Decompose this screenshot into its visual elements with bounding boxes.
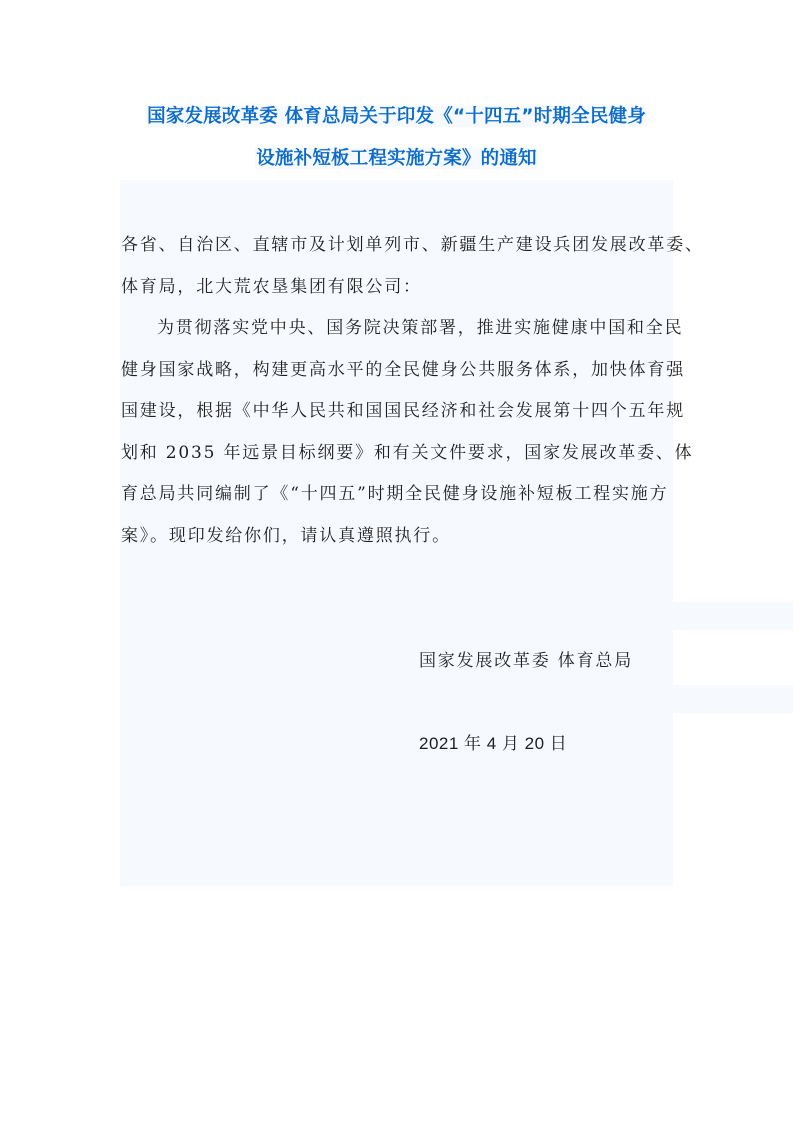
body-paragraph: 为贯彻落实党中央、国务院决策部署，推进实施健康中国和全民 健身国家战略，构建更高…	[121, 308, 673, 557]
text-line: 健身国家战略，构建更高水平的全民健身公共服务体系，加快体育强	[121, 350, 673, 392]
text-line: 为贯彻落实党中央、国务院决策部署，推进实施健康中国和全民	[121, 308, 673, 350]
title-text: 设施补短板工程实施方案》的通知	[255, 148, 538, 169]
background-strip	[673, 602, 793, 630]
title-text: 国家发展改革委 体育总局关于印发《“十四五”时期全民健身	[146, 106, 647, 127]
background-strip	[673, 685, 793, 713]
text-line: 育总局共同编制了《“十四五”时期全民健身设施补短板工程实施方	[121, 474, 673, 516]
document-title-line-1: 国家发展改革委 体育总局关于印发《“十四五”时期全民健身	[0, 104, 793, 130]
signature-date: 2021 年 4 月 20 日	[419, 729, 567, 754]
text-line: 国建设，根据《中华人民共和国国民经济和社会发展第十四个五年规	[121, 391, 673, 433]
signature-issuers: 国家发展改革委 体育总局	[419, 646, 633, 671]
text-line: 体育局，北大荒农垦集团有限公司：	[121, 267, 673, 309]
text-line: 案》。现印发给你们，请认真遵照执行。	[121, 516, 673, 558]
text-line: 划和 2035 年远景目标纲要》和有关文件要求，国家发展改革委、体	[121, 433, 673, 475]
document-title-line-2: 设施补短板工程实施方案》的通知	[0, 146, 793, 172]
text-line: 各省、自治区、直辖市及计划单列市、新疆生产建设兵团发展改革委、	[121, 225, 673, 267]
addressee-paragraph: 各省、自治区、直辖市及计划单列市、新疆生产建设兵团发展改革委、 体育局，北大荒农…	[121, 225, 673, 308]
